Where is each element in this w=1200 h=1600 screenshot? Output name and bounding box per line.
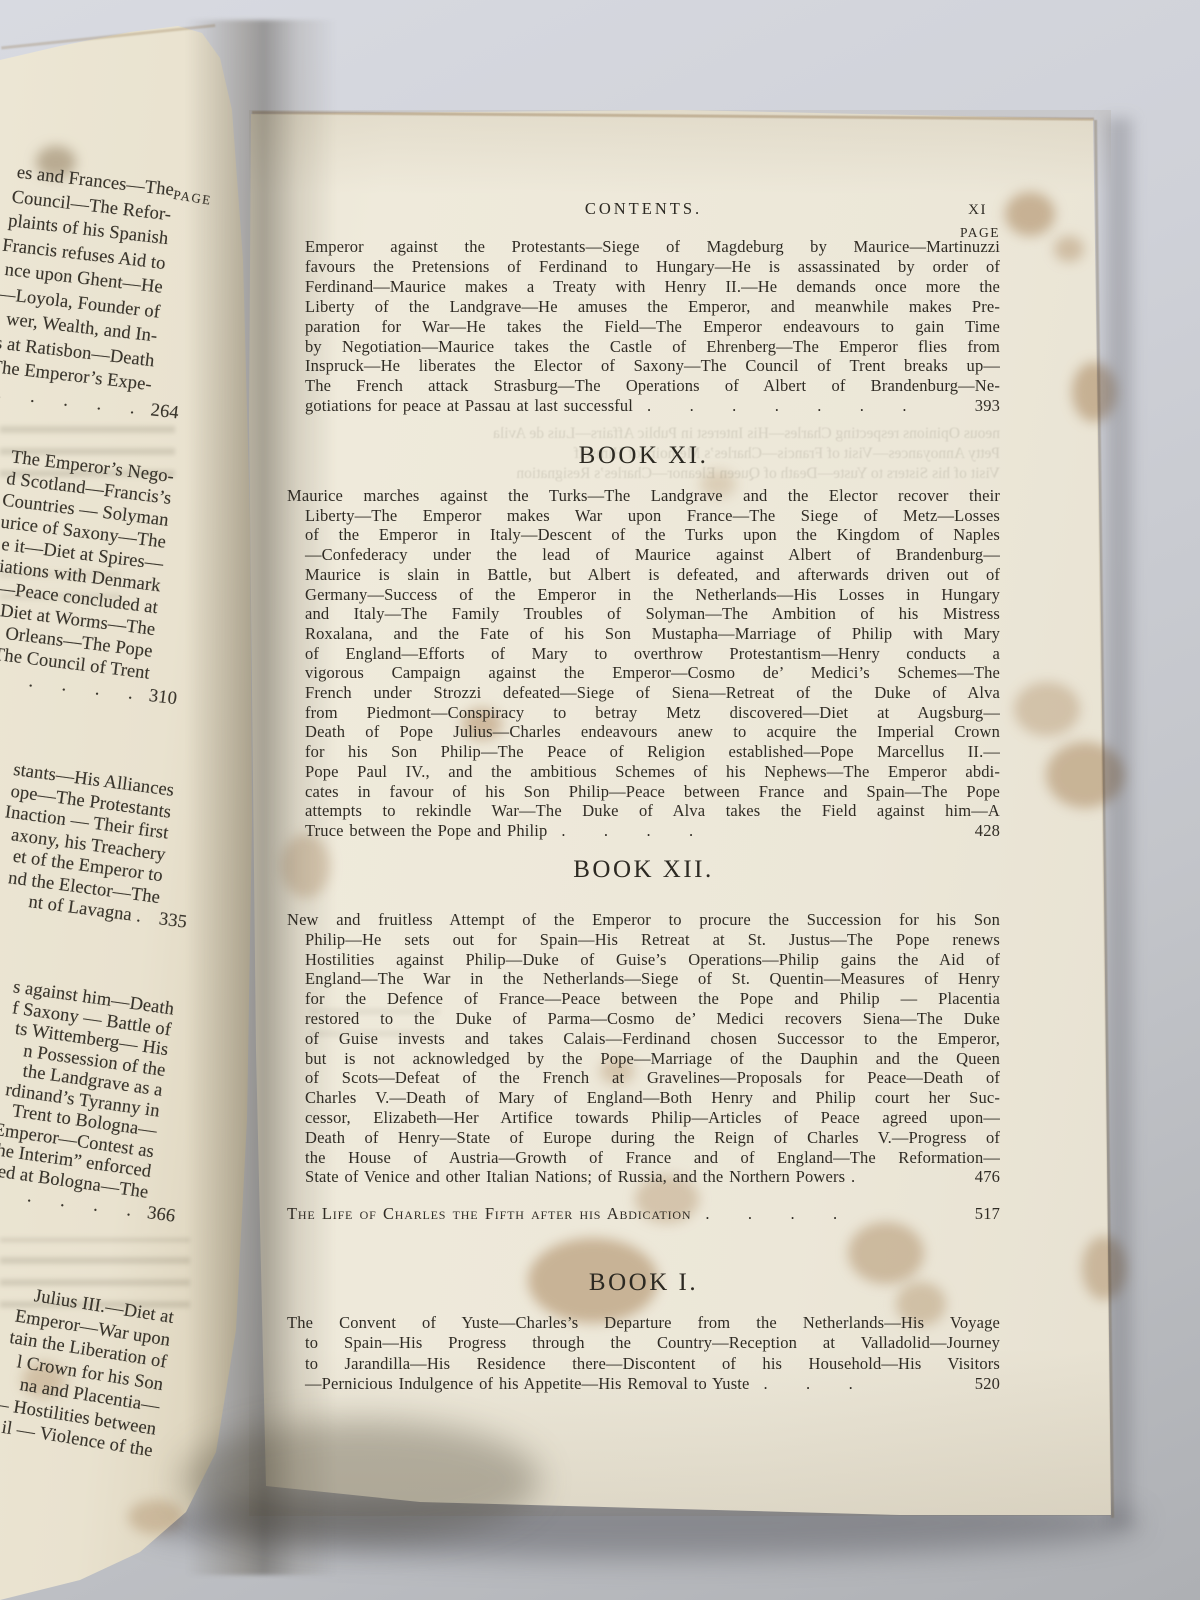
text-line: paration for War—He takes the Field—The … (287, 317, 1000, 337)
page-number: 310 (148, 685, 179, 710)
text-line: of Guise invests and takes Calais—Ferdin… (287, 1029, 1000, 1049)
text-line: Roxalana, and the Fate of his Son Mustap… (287, 624, 1000, 644)
section-last-line: Truce between the Pope and Philip . . . … (287, 821, 1000, 841)
dot-leaders: . . . . (547, 821, 974, 841)
folio-roman-numeral: XI (287, 202, 987, 219)
section-lines: Emperor against the Protestants—Siege of… (287, 237, 1000, 396)
text-line: Liberty—The Emperor makes War upon Franc… (287, 506, 1000, 526)
toc-section-393: Emperor against the Protestants—Siege of… (287, 237, 1000, 416)
text-line: —Confederacy under the lead of Maurice a… (287, 545, 1000, 565)
text-line: Pope Paul IV., and the ambitious Schemes… (287, 762, 1000, 782)
dot-leaders: . . . . . . . (633, 396, 975, 416)
text-line: and Italy—The Family Troubles of Solyman… (287, 604, 1000, 624)
last-line-text: Truce between the Pope and Philip (287, 821, 547, 841)
text-line: for the Defence of France—Peace between … (287, 989, 1000, 1009)
text-line: by Negotiation—Maurice takes the Castle … (287, 337, 1000, 357)
text-line: the House of Austria—Growth of France an… (287, 1148, 1000, 1168)
text-line: Charles V.—Death of Mary of England—Both… (287, 1088, 1000, 1108)
text-line: Germany—Success of the Emperor in the Ne… (287, 585, 1000, 605)
section-lines: The Convent of Yuste—Charles’s Departure… (287, 1313, 1000, 1374)
text-line: neous Opinions respecting Charles—His In… (295, 424, 1000, 444)
text-line: French under Strozzi defeated—Siege of S… (287, 683, 1000, 703)
text-line: of England—Efforts of Mary to overthrow … (287, 644, 1000, 664)
text-line: cessor, Elizabeth—Her Artifice towards P… (287, 1108, 1000, 1128)
last-line-text: The Life of Charles the Fifth after his … (287, 1204, 691, 1224)
toc-section-476: New and fruitless Attempt of the Emperor… (287, 910, 1000, 1187)
section-last-line: The Life of Charles the Fifth after his … (287, 1204, 1000, 1224)
last-line-text: —Pernicious Indulgence of his Appetite—H… (287, 1374, 749, 1394)
toc-section-517: The Life of Charles the Fifth after his … (287, 1204, 1000, 1224)
dot-leaders: . . . (749, 1374, 974, 1394)
page-number: 366 (146, 1203, 177, 1227)
text-line: Maurice marches against the Turks—The La… (287, 486, 1000, 506)
text-line: The French attack Strasburg—The Operatio… (287, 376, 1000, 396)
last-line-text: State of Venice and other Italian Nation… (287, 1167, 855, 1187)
section-lines: Maurice marches against the Turks—The La… (287, 486, 1000, 821)
page-number: 520 (975, 1374, 1000, 1394)
text-line: to Spain—His Progress through the Countr… (287, 1333, 1000, 1353)
text-line: to Jarandilla—His Residence there—Discon… (287, 1354, 1000, 1374)
book-xi-heading: BOOK XI. (287, 442, 1000, 470)
text-line: Death of Henry—State of Europe during th… (287, 1128, 1000, 1148)
page-number: 335 (158, 909, 189, 934)
text-line: Philip—He sets out for Spain—His Retreat… (287, 930, 1000, 950)
text-line: Maurice is slain in Battle, but Albert i… (287, 565, 1000, 585)
text-line: but is not acknowledged by the Pope—Marr… (287, 1049, 1000, 1069)
page-number: 428 (975, 821, 1000, 841)
text-line: Emperor against the Protestants—Siege of… (287, 237, 1000, 257)
book-i-heading: BOOK I. (287, 1269, 1000, 1297)
text-line: of Scots—Defeat of the French at Graveli… (287, 1068, 1000, 1088)
text-line: attempts to rekindle War—The Duke of Alv… (287, 801, 1000, 821)
text-line: for his Son Philip—The Peace of Religion… (287, 742, 1000, 762)
section-last-line: State of Venice and other Italian Nation… (287, 1167, 1000, 1187)
text-line: Ferdinand—Maurice makes a Treaty with He… (287, 277, 1000, 297)
section-lines: New and fruitless Attempt of the Emperor… (287, 910, 1000, 1167)
section-last-line: —Pernicious Indulgence of his Appetite—H… (287, 1374, 1000, 1394)
last-line-text: gotiations for peace at Passau at last s… (287, 396, 633, 416)
page-number: 476 (975, 1167, 1000, 1187)
book-photo: CONTENTS. XI PAGE neous Opinions respect… (0, 0, 1200, 1600)
toc-section-428: Maurice marches against the Turks—The La… (287, 486, 1000, 841)
page-number: 264 (149, 398, 180, 426)
text-line: cates in favour of his Son Philip—Peace … (287, 782, 1000, 802)
text-line: favours the Pretensions of Ferdinand to … (287, 257, 1000, 277)
text-line: of the Emperor in Italy—Descent of the T… (287, 525, 1000, 545)
text-line: The Convent of Yuste—Charles’s Departure… (287, 1313, 1000, 1333)
text-line: England—The War in the Netherlands—Siege… (287, 969, 1000, 989)
toc-group-264: es and Frances—TheCouncil—The Refor-plai… (0, 134, 205, 425)
page-number: 517 (975, 1204, 1000, 1224)
text-line: New and fruitless Attempt of the Emperor… (287, 910, 1000, 930)
section-last-line: gotiations for peace at Passau at last s… (287, 396, 1000, 416)
text-line: from Piedmont—Conspiracy to betray Metz … (287, 703, 1000, 723)
gutter-bottom-shadow (180, 1420, 540, 1540)
text-line: restored to the Duke of Parma—Cosmo de’ … (287, 1009, 1000, 1029)
text-line: vigorous Campaign against the Emperor—Co… (287, 663, 1000, 683)
page-number: 393 (975, 396, 1000, 416)
toc-section-520: The Convent of Yuste—Charles’s Departure… (287, 1313, 1000, 1395)
book-xii-heading: BOOK XII. (287, 856, 1000, 884)
text-line: Inspruck—He liberates the Elector of Sax… (287, 356, 1000, 376)
dot-leaders: . . . . (691, 1204, 974, 1224)
text-line: Hostilities against Philip—Duke of Guise… (287, 950, 1000, 970)
text-line: Liberty of the Landgrave—He amuses the E… (287, 297, 1000, 317)
text-line: Death of Pope Julius—Charles endeavours … (287, 722, 1000, 742)
